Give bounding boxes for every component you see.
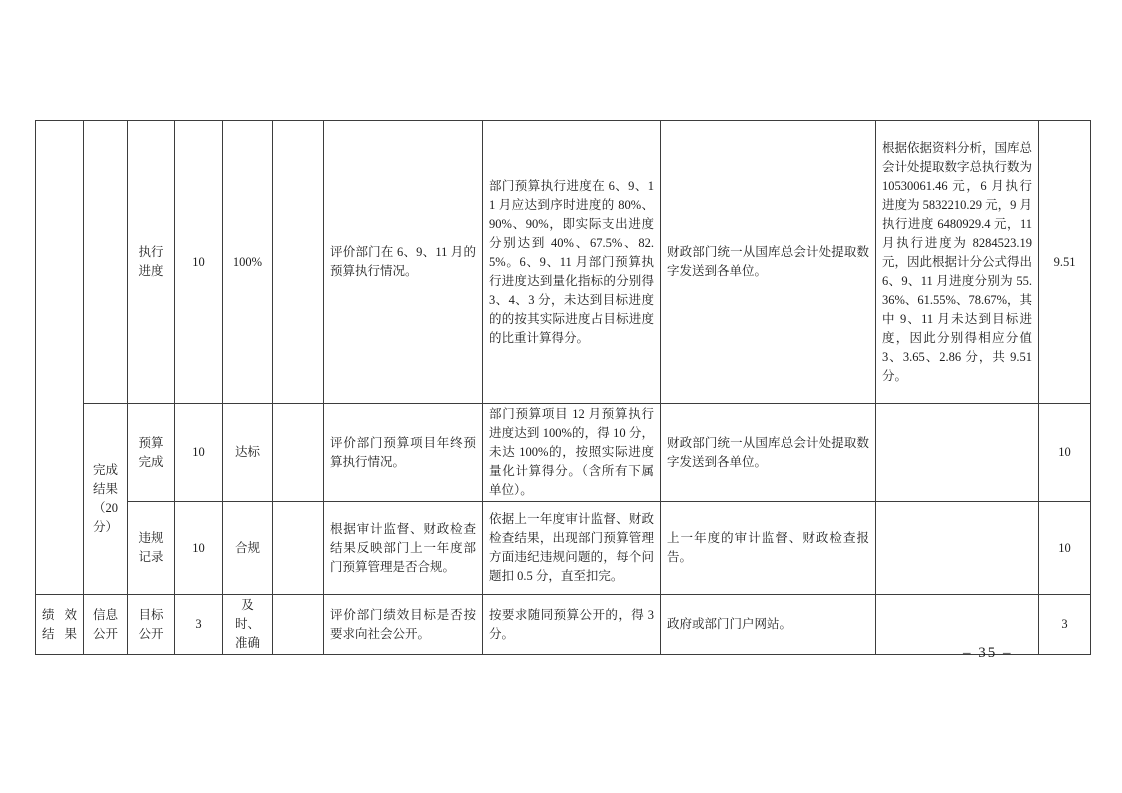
cell-scoring-method: 按要求随同预算公开的，得 3 分。 <box>483 595 661 655</box>
cell-scoring-method: 部门预算执行进度在 6、9、11 月应达到序时进度的 80%、90%、90%，即… <box>483 121 661 404</box>
cell-analysis: 根据依据资料分析，国库总会计处提取数字总执行数为 10530061.46 元，6… <box>876 121 1039 404</box>
cell-category-performance-result: 绩效结果 <box>36 595 84 655</box>
cell-data-source: 财政部门统一从国库总会计处提取数字发送到各单位。 <box>661 121 876 404</box>
cell-target-value: 合规 <box>223 502 273 595</box>
cell-score: 3 <box>1039 595 1091 655</box>
cell-blank-column <box>273 121 324 404</box>
cell-weight: 10 <box>175 404 223 502</box>
cell-score: 9.51 <box>1039 121 1091 404</box>
cell-target-value: 及时、准确 <box>223 595 273 655</box>
cell-indicator-explanation: 评价部门在 6、9、11 月的预算执行情况。 <box>324 121 483 404</box>
cell-data-source: 政府或部门门户网站。 <box>661 595 876 655</box>
cell-blank-column <box>273 595 324 655</box>
cell-weight: 10 <box>175 121 223 404</box>
cell-weight: 10 <box>175 502 223 595</box>
cell-category-continued <box>36 121 84 595</box>
cell-analysis <box>876 502 1039 595</box>
cell-target-value: 达标 <box>223 404 273 502</box>
cell-scoring-method: 部门预算项目 12 月预算执行进度达到 100%的，得 10 分，未达 100%… <box>483 404 661 502</box>
cell-indicator-name: 违规记录 <box>128 502 175 595</box>
cell-weight: 3 <box>175 595 223 655</box>
cell-group-info-disclosure: 信息公开 <box>84 595 128 655</box>
table-row: 执行进度 10 100% 评价部门在 6、9、11 月的预算执行情况。 部门预算… <box>36 121 1091 404</box>
cell-group-blank <box>84 121 128 404</box>
cell-data-source: 财政部门统一从国库总会计处提取数字发送到各单位。 <box>661 404 876 502</box>
cell-blank-column <box>273 404 324 502</box>
cell-data-source: 上一年度的审计监督、财政检查报告。 <box>661 502 876 595</box>
page-number: – 35 – <box>963 645 1013 662</box>
performance-indicator-table: 执行进度 10 100% 评价部门在 6、9、11 月的预算执行情况。 部门预算… <box>35 120 1091 655</box>
table-row: 绩效结果 信息公开 目标公开 3 及时、准确 评价部门绩效目标是否按要求向社会公… <box>36 595 1091 655</box>
cell-score: 10 <box>1039 404 1091 502</box>
table-row: 违规记录 10 合规 根据审计监督、财政检查结果反映部门上一年度部门预算管理是否… <box>36 502 1091 595</box>
cell-score: 10 <box>1039 502 1091 595</box>
cell-indicator-name: 目标公开 <box>128 595 175 655</box>
cell-indicator-explanation: 根据审计监督、财政检查结果反映部门上一年度部门预算管理是否合规。 <box>324 502 483 595</box>
table-row: 完成结果（20分） 预算完成 10 达标 评价部门预算项目年终预算执行情况。 部… <box>36 404 1091 502</box>
cell-scoring-method: 依据上一年度审计监督、财政检查结果，出现部门预算管理方面违纪违规问题的，每个问题… <box>483 502 661 595</box>
cell-analysis <box>876 404 1039 502</box>
cell-target-value: 100% <box>223 121 273 404</box>
cell-indicator-name: 执行进度 <box>128 121 175 404</box>
cell-analysis <box>876 595 1039 655</box>
cell-blank-column <box>273 502 324 595</box>
cell-indicator-name: 预算完成 <box>128 404 175 502</box>
document-page: { "page": { "page_number": "– 35 –" }, "… <box>0 0 1122 793</box>
cell-group-completion-result: 完成结果（20分） <box>84 404 128 595</box>
cell-indicator-explanation: 评价部门预算项目年终预算执行情况。 <box>324 404 483 502</box>
cell-indicator-explanation: 评价部门绩效目标是否按要求向社会公开。 <box>324 595 483 655</box>
